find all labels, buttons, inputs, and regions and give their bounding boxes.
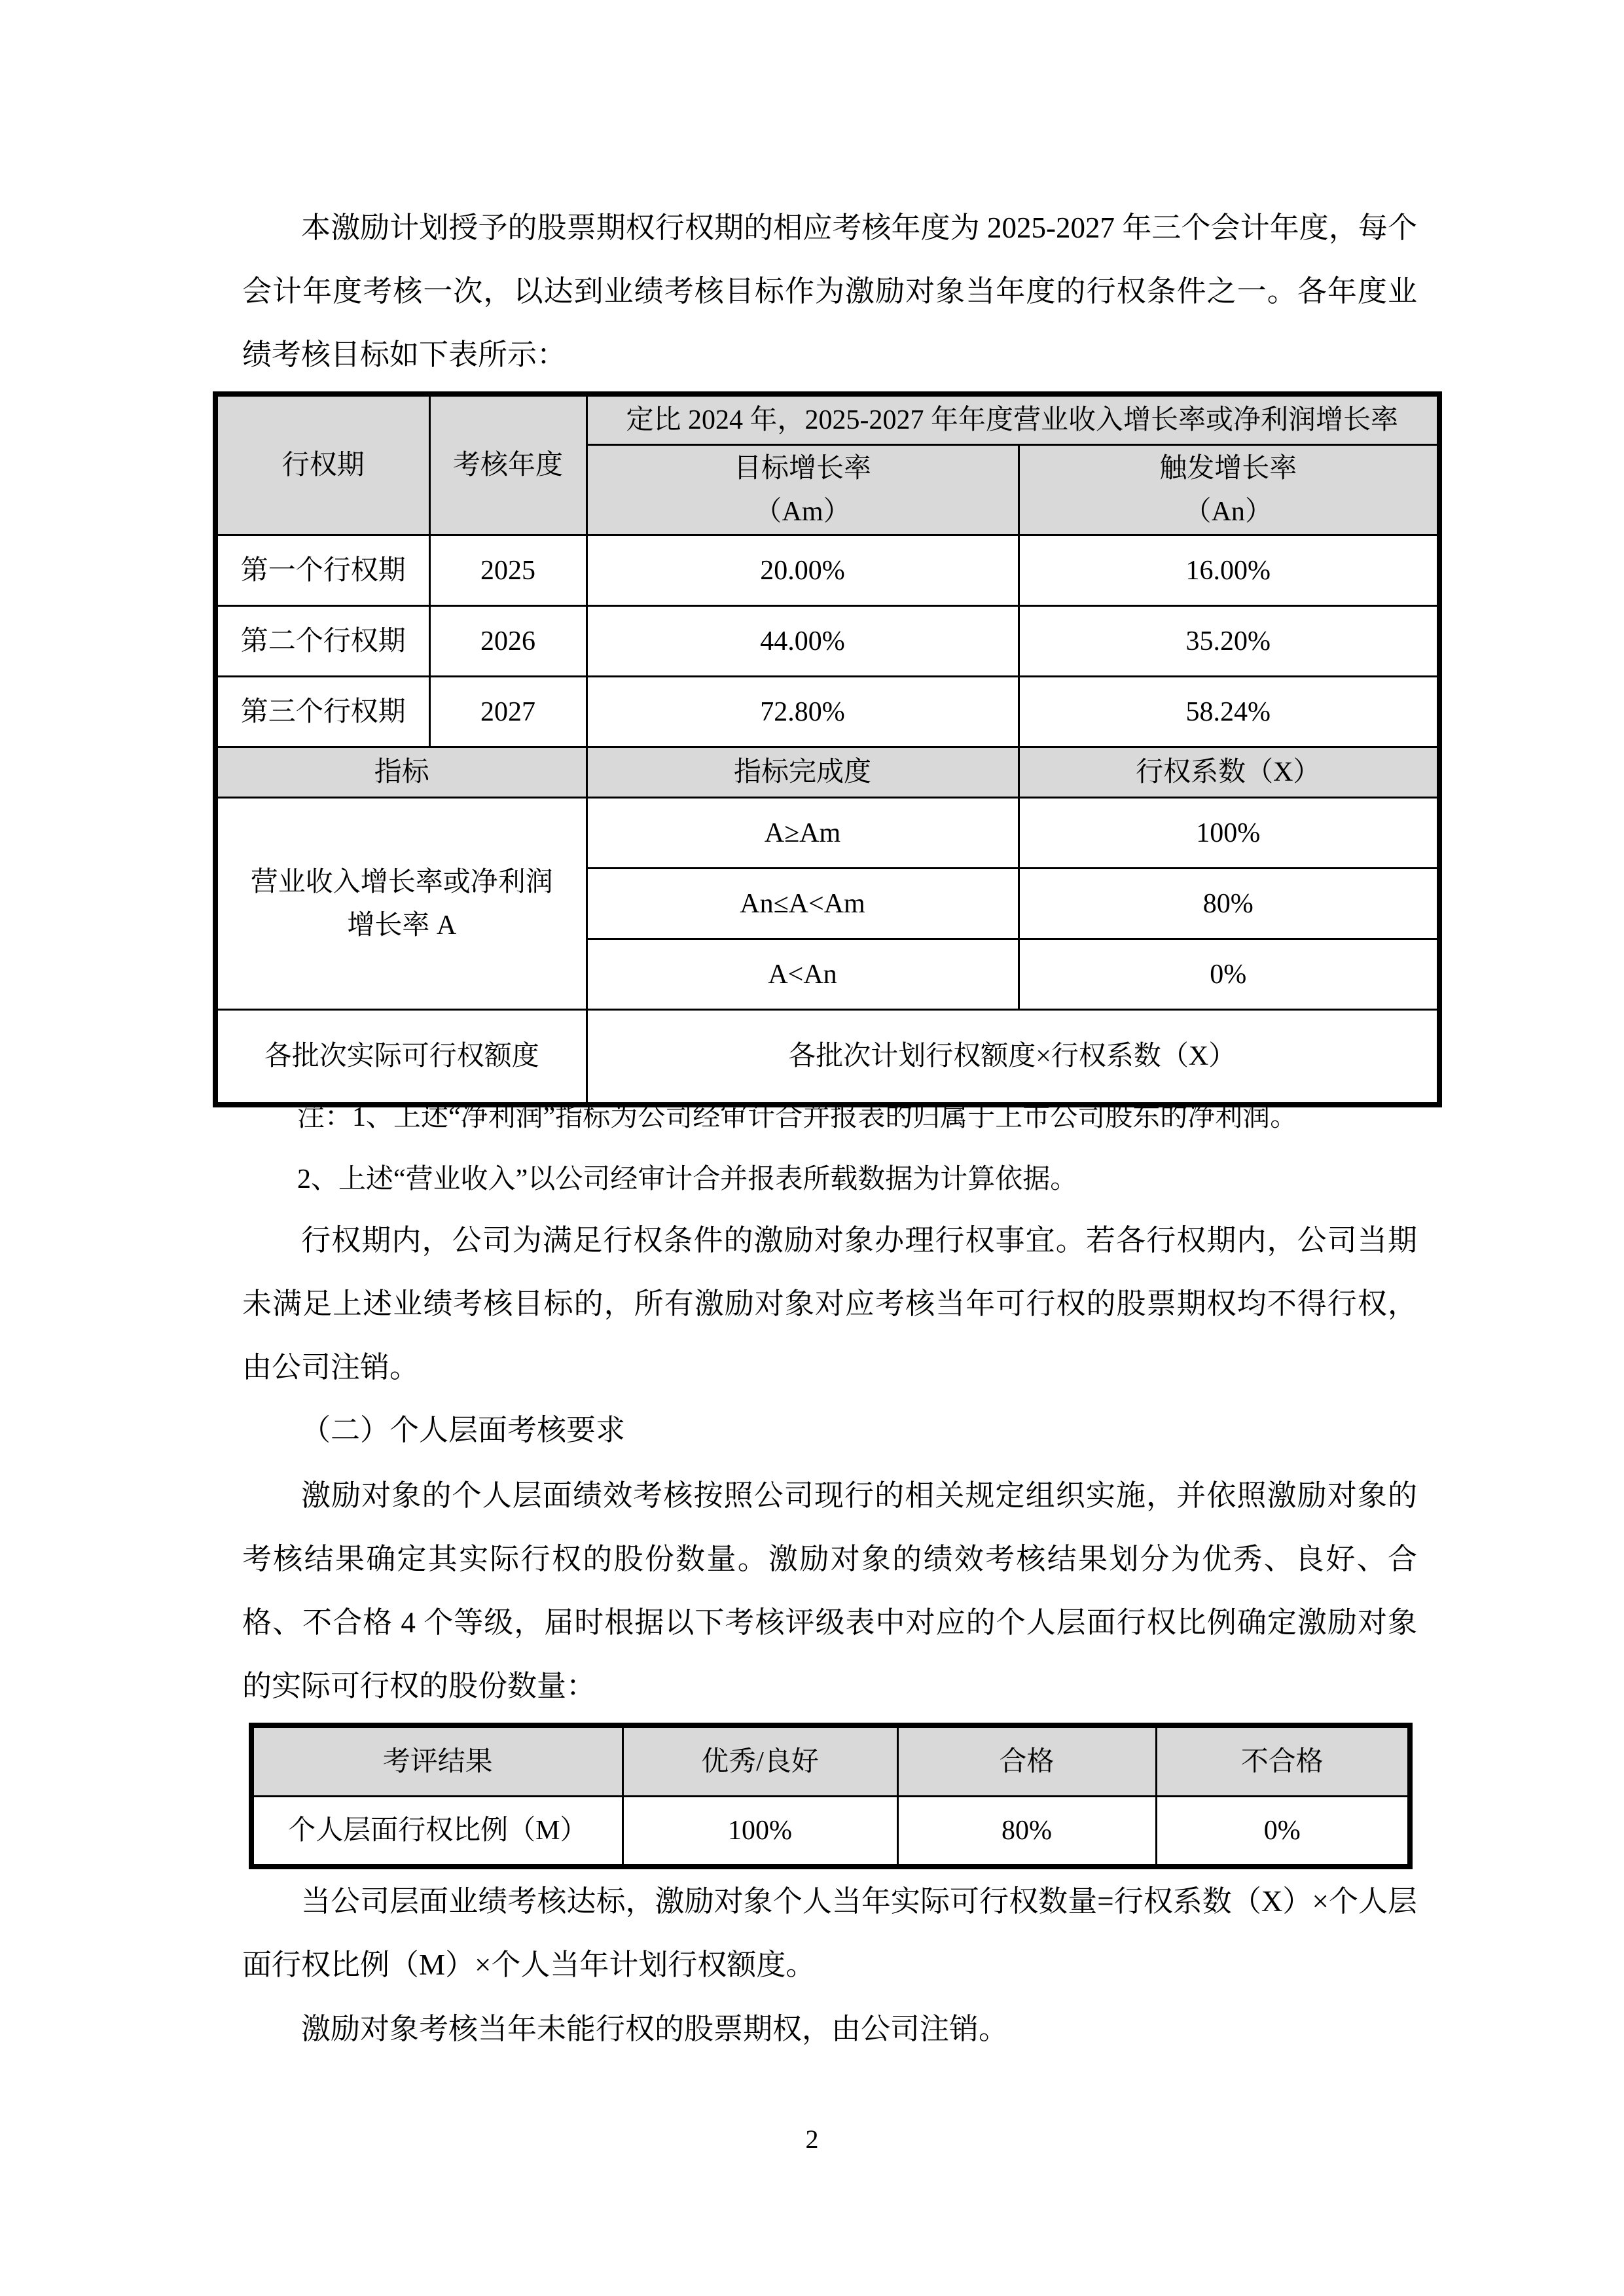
cell-coefficient-2: 80% <box>1019 869 1439 939</box>
table-row: 第三个行权期 2027 72.80% 58.24% <box>215 677 1439 747</box>
cell-ratio-unqualified: 0% <box>1156 1797 1410 1867</box>
th-indicator: 指标 <box>215 747 586 798</box>
cell-year-3: 2027 <box>429 677 586 747</box>
vesting-rule-paragraph: 行权期内，公司为满足行权条件的激励对象办理行权事宜。若各行权期内，公司当期未满足… <box>242 1209 1417 1399</box>
th-target-growth-line2: （Am） <box>592 490 1014 533</box>
cell-coefficient-3: 0% <box>1019 939 1439 1010</box>
th-trigger-growth-line1: 触发增长率 <box>1024 447 1434 490</box>
cell-period-2: 第二个行权期 <box>215 606 429 677</box>
th-coefficient: 行权系数（X） <box>1019 747 1439 798</box>
cell-year-2: 2026 <box>429 606 586 677</box>
cell-target-3: 72.80% <box>586 677 1019 747</box>
table-row: 个人层面行权比例（M） 100% 80% 0% <box>251 1797 1410 1867</box>
cell-trigger-2: 35.20% <box>1019 606 1439 677</box>
table-row: 第一个行权期 2025 20.00% 16.00% <box>215 535 1439 606</box>
th-target-growth: 目标增长率 （Am） <box>586 445 1019 535</box>
cell-trigger-1: 16.00% <box>1019 535 1439 606</box>
performance-target-table: 行权期 考核年度 定比 2024 年，2025-2027 年年度营业收入增长率或… <box>213 391 1442 1107</box>
cancel-paragraph: 激励对象考核当年未能行权的股票期权，由公司注销。 <box>242 1998 1417 2061</box>
th-growth-span: 定比 2024 年，2025-2027 年年度营业收入增长率或净利润增长率 <box>586 394 1439 445</box>
th-vesting-period: 行权期 <box>215 394 429 535</box>
cell-individual-ratio-label: 个人层面行权比例（M） <box>251 1797 623 1867</box>
th-trigger-growth: 触发增长率 （An） <box>1019 445 1439 535</box>
th-completion: 指标完成度 <box>586 747 1019 798</box>
page-number: 2 <box>0 2124 1624 2155</box>
cell-condition-3: A<An <box>586 939 1019 1010</box>
cell-condition-1: A≥Am <box>586 798 1019 869</box>
document-page: 本激励计划授予的股票期权行权期的相应考核年度为 2025-2027 年三个会计年… <box>0 0 1624 2296</box>
cell-year-1: 2025 <box>429 535 586 606</box>
individual-detail-paragraph: 激励对象的个人层面绩效考核按照公司现行的相关规定组织实施，并依照激励对象的考核结… <box>242 1464 1417 1718</box>
cell-indicator-label-line2: 增长率 A <box>222 904 582 947</box>
th-excellent-good: 优秀/良好 <box>623 1725 897 1797</box>
section-heading-individual: （二）个人层面考核要求 <box>242 1399 1417 1462</box>
table-note-1: 注：1、上述“净利润”指标为公司经审计合并报表的归属于上市公司股东的净利润。 <box>242 1086 1417 1149</box>
intro-paragraph: 本激励计划授予的股票期权行权期的相应考核年度为 2025-2027 年三个会计年… <box>242 196 1417 387</box>
th-rating-result: 考评结果 <box>251 1725 623 1797</box>
cell-condition-2: An≤A<Am <box>586 869 1019 939</box>
th-qualified: 合格 <box>897 1725 1156 1797</box>
table-row: 营业收入增长率或净利润 增长率 A A≥Am 100% <box>215 798 1439 869</box>
rating-table: 考评结果 优秀/良好 合格 不合格 个人层面行权比例（M） 100% 80% 0… <box>249 1723 1413 1869</box>
th-target-growth-line1: 目标增长率 <box>592 447 1014 490</box>
table-note-2: 2、上述“营业收入”以公司经审计合并报表所载数据为计算依据。 <box>242 1149 1417 1211</box>
cell-period-3: 第三个行权期 <box>215 677 429 747</box>
cell-ratio-excellent: 100% <box>623 1797 897 1867</box>
cell-target-1: 20.00% <box>586 535 1019 606</box>
cell-target-2: 44.00% <box>586 606 1019 677</box>
cell-indicator-label: 营业收入增长率或净利润 增长率 A <box>215 798 586 1010</box>
th-unqualified: 不合格 <box>1156 1725 1410 1797</box>
cell-indicator-label-line1: 营业收入增长率或净利润 <box>222 861 582 904</box>
th-assessment-year: 考核年度 <box>429 394 586 535</box>
formula-paragraph: 当公司层面业绩考核达标，激励对象个人当年实际可行权数量=行权系数（X）×个人层面… <box>242 1870 1417 1997</box>
table-row: 第二个行权期 2026 44.00% 35.20% <box>215 606 1439 677</box>
th-trigger-growth-line2: （An） <box>1024 490 1434 533</box>
cell-coefficient-1: 100% <box>1019 798 1439 869</box>
cell-period-1: 第一个行权期 <box>215 535 429 606</box>
cell-ratio-qualified: 80% <box>897 1797 1156 1867</box>
cell-trigger-3: 58.24% <box>1019 677 1439 747</box>
